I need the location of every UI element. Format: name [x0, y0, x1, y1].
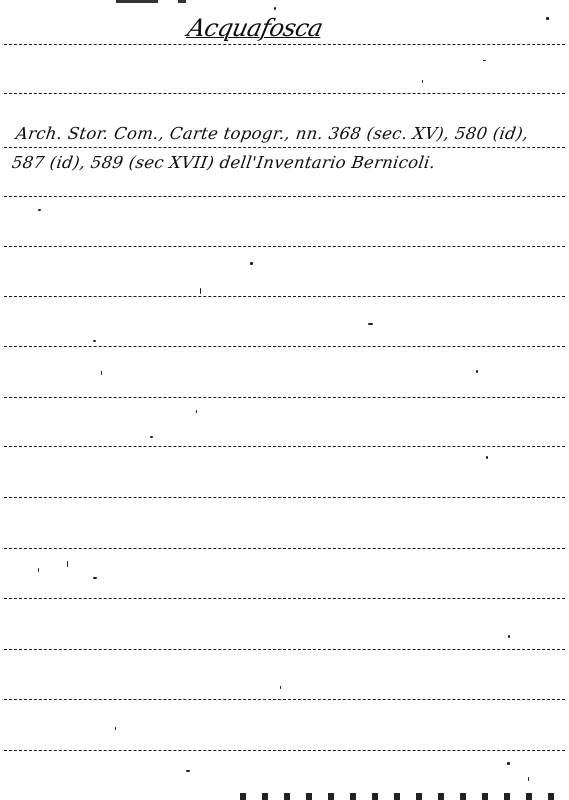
scan-speck [483, 60, 486, 61]
scan-speck [186, 770, 190, 772]
ruled-line [4, 598, 565, 599]
scan-speck [368, 323, 373, 325]
scan-speck [476, 370, 478, 373]
scan-speck [38, 209, 41, 211]
card-title: Acquafosca [185, 14, 325, 42]
scan-speck [101, 371, 102, 375]
ruled-line [4, 750, 565, 751]
scan-speck [67, 561, 68, 567]
ruled-line [4, 397, 565, 398]
scan-speck [250, 262, 253, 265]
scan-speck [508, 635, 510, 638]
ruled-line [4, 649, 565, 650]
ruled-line [4, 147, 565, 148]
ruled-line [4, 497, 565, 498]
ruled-line [4, 346, 565, 347]
scan-speck [546, 17, 549, 20]
ruled-line [4, 699, 565, 700]
scan-speck [507, 762, 510, 765]
scan-speck [115, 727, 116, 730]
ruled-line [4, 196, 565, 197]
ruled-line [4, 296, 565, 297]
scan-speck [280, 686, 281, 689]
entry-line-1: Arch. Stor. Com., Carte topogr., nn. 368… [15, 124, 530, 143]
scan-speck [93, 577, 97, 579]
ruled-line [4, 246, 565, 247]
scan-speck [274, 7, 276, 10]
scan-speck [200, 288, 201, 294]
scan-artifact [116, 0, 158, 3]
ruled-line [4, 548, 565, 549]
scan-speck [150, 436, 153, 438]
entry-line-2: 587 (id), 589 (sec XVII) dell'Inventario… [11, 153, 437, 172]
ruled-line [4, 446, 565, 447]
scan-speck [196, 410, 197, 413]
scan-speck [422, 80, 423, 83]
scan-speck [38, 568, 39, 572]
ruled-line [4, 93, 565, 94]
scan-artifact [178, 0, 186, 3]
index-card: Acquafosca Arch. Stor. Com., Carte topog… [0, 0, 569, 800]
scan-speck [93, 340, 96, 342]
ruled-line [4, 44, 565, 45]
scan-speck [486, 456, 488, 459]
scan-speck [528, 777, 529, 781]
scan-artifact [240, 793, 569, 800]
